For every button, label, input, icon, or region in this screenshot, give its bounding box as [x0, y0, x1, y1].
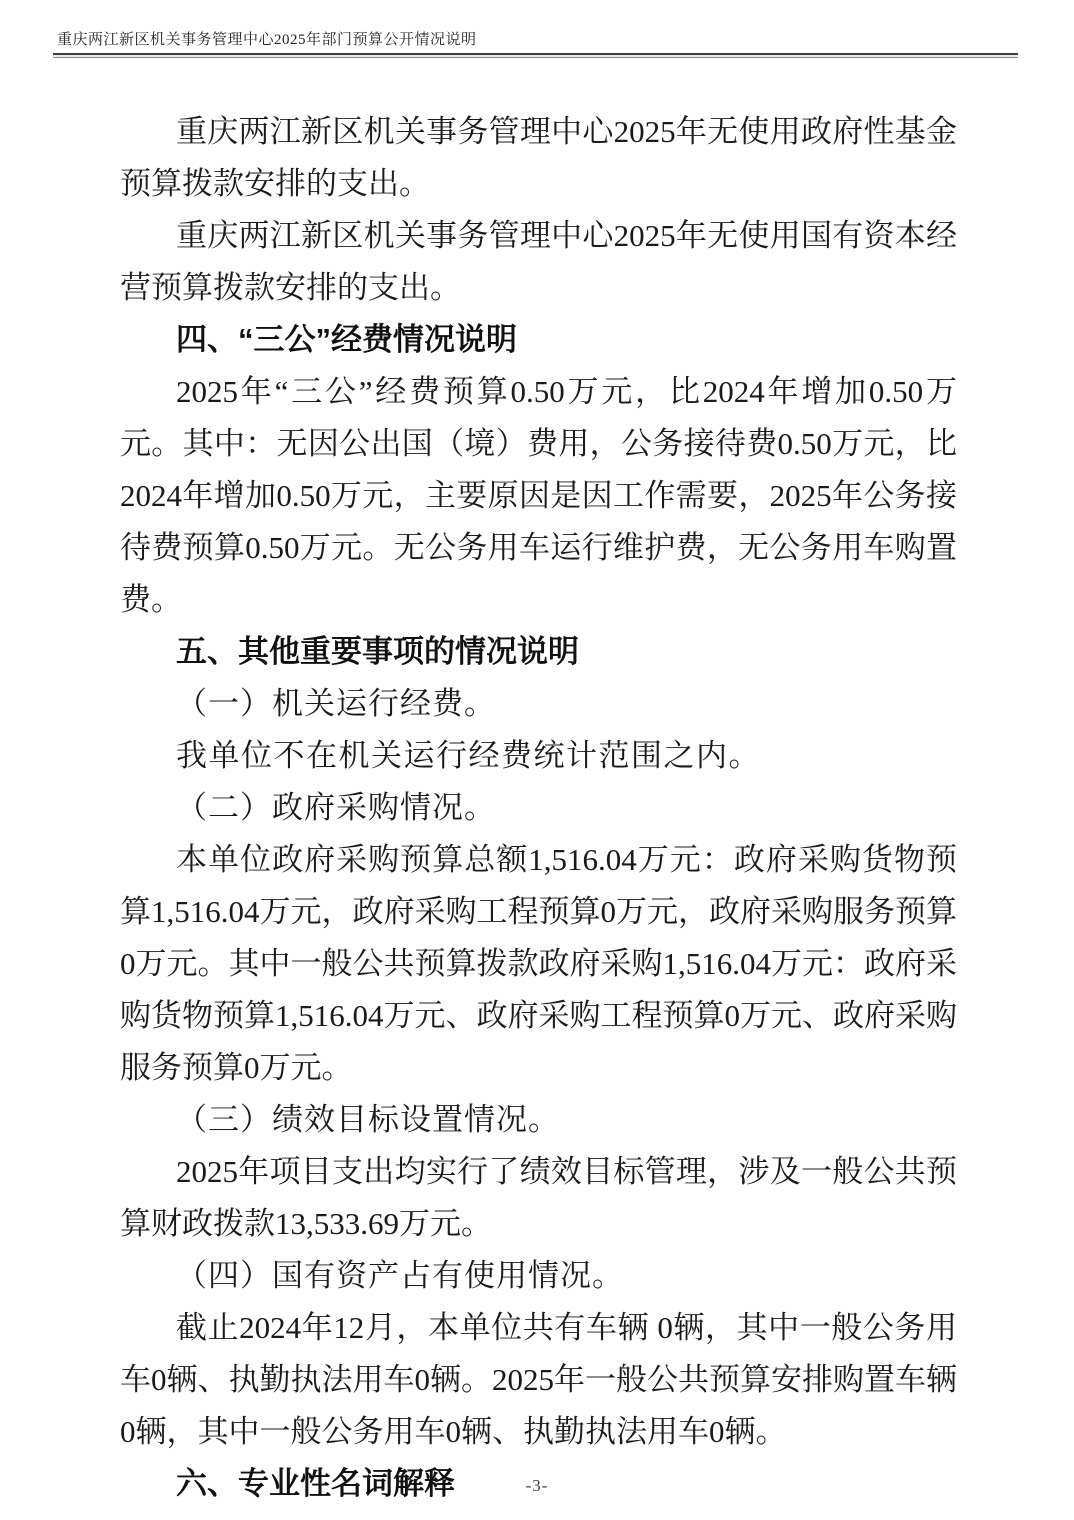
paragraph-operating-expense-scope: 我单位不在机关运行经费统计范围之内。 — [120, 730, 957, 782]
page-footer: -3- — [0, 1476, 1074, 1496]
paragraph-procurement-detail: 本单位政府采购预算总额1,516.04万元：政府采购货物预算1,516.04万元… — [120, 834, 957, 1094]
header-title: 重庆两江新区机关事务管理中心2025年部门预算公开情况说明 — [57, 28, 477, 49]
paragraph-performance-target-detail: 2025年项目支出均实行了绩效目标管理，涉及一般公共预算财政拨款13,533.6… — [120, 1146, 957, 1250]
header-rule-divider — [53, 53, 1018, 58]
document-page: 重庆两江新区机关事务管理中心2025年部门预算公开情况说明 重庆两江新区机关事务… — [0, 0, 1074, 1520]
subheading-1-agency-operating-expense: （一）机关运行经费。 — [120, 678, 957, 730]
subheading-4-state-asset-usage: （四）国有资产占有使用情况。 — [120, 1250, 957, 1302]
heading-section-5-other-important-matters: 五、其他重要事项的情况说明 — [120, 626, 957, 678]
document-body: 重庆两江新区机关事务管理中心2025年无使用政府性基金预算拨款安排的支出。 重庆… — [120, 106, 957, 1510]
paragraph-no-govt-fund-budget: 重庆两江新区机关事务管理中心2025年无使用政府性基金预算拨款安排的支出。 — [120, 106, 957, 210]
heading-section-4-three-public-funds: 四、“三公”经费情况说明 — [120, 314, 957, 366]
paragraph-vehicle-asset-detail: 截止2024年12月，本单位共有车辆 0辆，其中一般公务用车0辆、执勤执法用车0… — [120, 1302, 957, 1458]
subheading-2-government-procurement: （二）政府采购情况。 — [120, 782, 957, 834]
subheading-3-performance-target: （三）绩效目标设置情况。 — [120, 1094, 957, 1146]
page-header: 重庆两江新区机关事务管理中心2025年部门预算公开情况说明 — [53, 0, 1018, 54]
paragraph-no-state-capital-budget: 重庆两江新区机关事务管理中心2025年无使用国有资本经营预算拨款安排的支出。 — [120, 210, 957, 314]
page-number: -3- — [526, 1476, 549, 1495]
paragraph-three-public-funds-detail: 2025年“三公”经费预算0.50万元，比2024年增加0.50万元。其中：无因… — [120, 366, 957, 626]
